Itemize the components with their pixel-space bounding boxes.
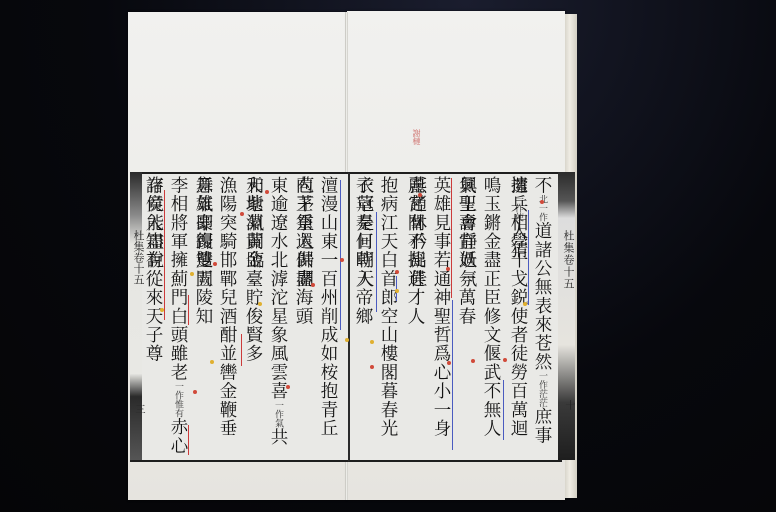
variant-note: 一作茫茫 — [537, 371, 547, 407]
text-column-r6: 麗宮闈不擬選才人 — [403, 176, 427, 456]
blue-annotation-line — [376, 212, 377, 312]
red-annotation-line — [188, 425, 189, 455]
punctuation-mark — [523, 302, 527, 306]
punctuation-mark — [395, 270, 399, 274]
column-text: 不 — [532, 176, 552, 195]
column-text: 東逾遼水北滹沱星象風雲喜 — [268, 176, 288, 400]
text-column-r4: 氣聖壽宜過一萬春 — [454, 176, 478, 456]
blue-annotation-line — [452, 300, 453, 450]
text-column-l4: 天地淵黄金臺貯俊賢多 — [241, 176, 265, 456]
column-text: 道諸公無表來苍然 — [532, 222, 552, 372]
text-column-r8: 子草奏何時入帝鄉 — [351, 176, 375, 456]
punctuation-mark — [418, 193, 422, 197]
column-text: 李相將軍擁薊門白頭雖老 — [168, 176, 188, 382]
text-column-l3: 東逾遼水北滹沱星象風雲喜一作氣共和紫氣關臨 — [266, 176, 290, 456]
punctuation-mark — [370, 365, 374, 369]
text-column-r3: 鳴玉鏘金盡正臣修文偃武不無人興王會靜妖氛 — [479, 176, 503, 456]
banxin-title: 杜集卷十五 — [560, 230, 576, 290]
text-column-r1: 不北一作道諸公無表來苍然一作茫茫庶事遣一作使人猜 — [530, 176, 554, 456]
punctuation-mark — [503, 358, 507, 362]
punctuation-mark — [340, 258, 344, 262]
punctuation-mark — [193, 390, 197, 394]
variant-note: 一作惟有 — [173, 382, 183, 418]
punctuation-mark — [540, 200, 544, 204]
punctuation-mark — [446, 267, 450, 271]
punctuation-mark — [370, 340, 374, 344]
text-column-r7: 抱病江天白首郎空山樓閣暮春光衣冠是日朝天 — [376, 176, 400, 456]
punctuation-mark — [190, 272, 194, 276]
text-column-r5: 英雄見事若通神聖哲爲心小一身燕趙休矜出佳 — [429, 176, 453, 456]
text-column-r2: 擁兵相學干戈鋭使者徒勞百萬迴 — [506, 176, 530, 456]
blue-annotation-line — [528, 210, 529, 305]
collector-seal: 謝槤 — [411, 129, 421, 145]
punctuation-mark — [210, 360, 214, 364]
punctuation-mark — [471, 359, 475, 363]
punctuation-mark — [240, 212, 244, 216]
open-book: 謝槤 杜集卷十五 十 杜集卷十五 三 不北一作道諸公無表來苍然一作茫茫庶事遣一作… — [0, 0, 776, 512]
fore-edge-banxin — [558, 172, 575, 460]
punctuation-mark — [395, 289, 399, 293]
blue-annotation-line — [503, 380, 504, 440]
variant-note: 北一作 — [537, 195, 547, 222]
text-column-l7: 李相將軍擁薊門白頭雖老一作惟有赤心存竟能盡說 — [166, 176, 190, 456]
punctuation-mark — [265, 190, 269, 194]
text-column-l6: 舞雄豪復遣五陵知 — [191, 176, 215, 456]
punctuation-mark — [258, 302, 262, 306]
punctuation-mark — [286, 385, 290, 389]
red-annotation-line — [451, 178, 452, 298]
text-column-l8: 諸侯入知有從來天子尊 — [141, 176, 165, 456]
red-annotation-line — [164, 190, 165, 320]
red-annotation-line — [241, 334, 242, 366]
punctuation-mark — [447, 361, 451, 365]
text-column-l1: 澶漫山東一百州削成如桉抱青丘苞茅重入歸關 — [316, 176, 340, 456]
text-column-l2: 内王祭還供盡海頭 — [291, 176, 315, 456]
punctuation-mark — [160, 308, 164, 312]
red-annotation-line — [188, 295, 189, 325]
punctuation-mark — [311, 283, 315, 287]
text-column-l5: 漁陽突騎邯鄲兒酒酣並轡金鞭垂意氣即歸雙闕 — [215, 176, 239, 456]
punctuation-mark — [345, 338, 349, 342]
banxin-folio: 十 — [561, 400, 576, 410]
punctuation-mark — [213, 262, 217, 266]
variant-note: 一作氣 — [273, 400, 283, 427]
blue-annotation-line — [340, 180, 341, 330]
